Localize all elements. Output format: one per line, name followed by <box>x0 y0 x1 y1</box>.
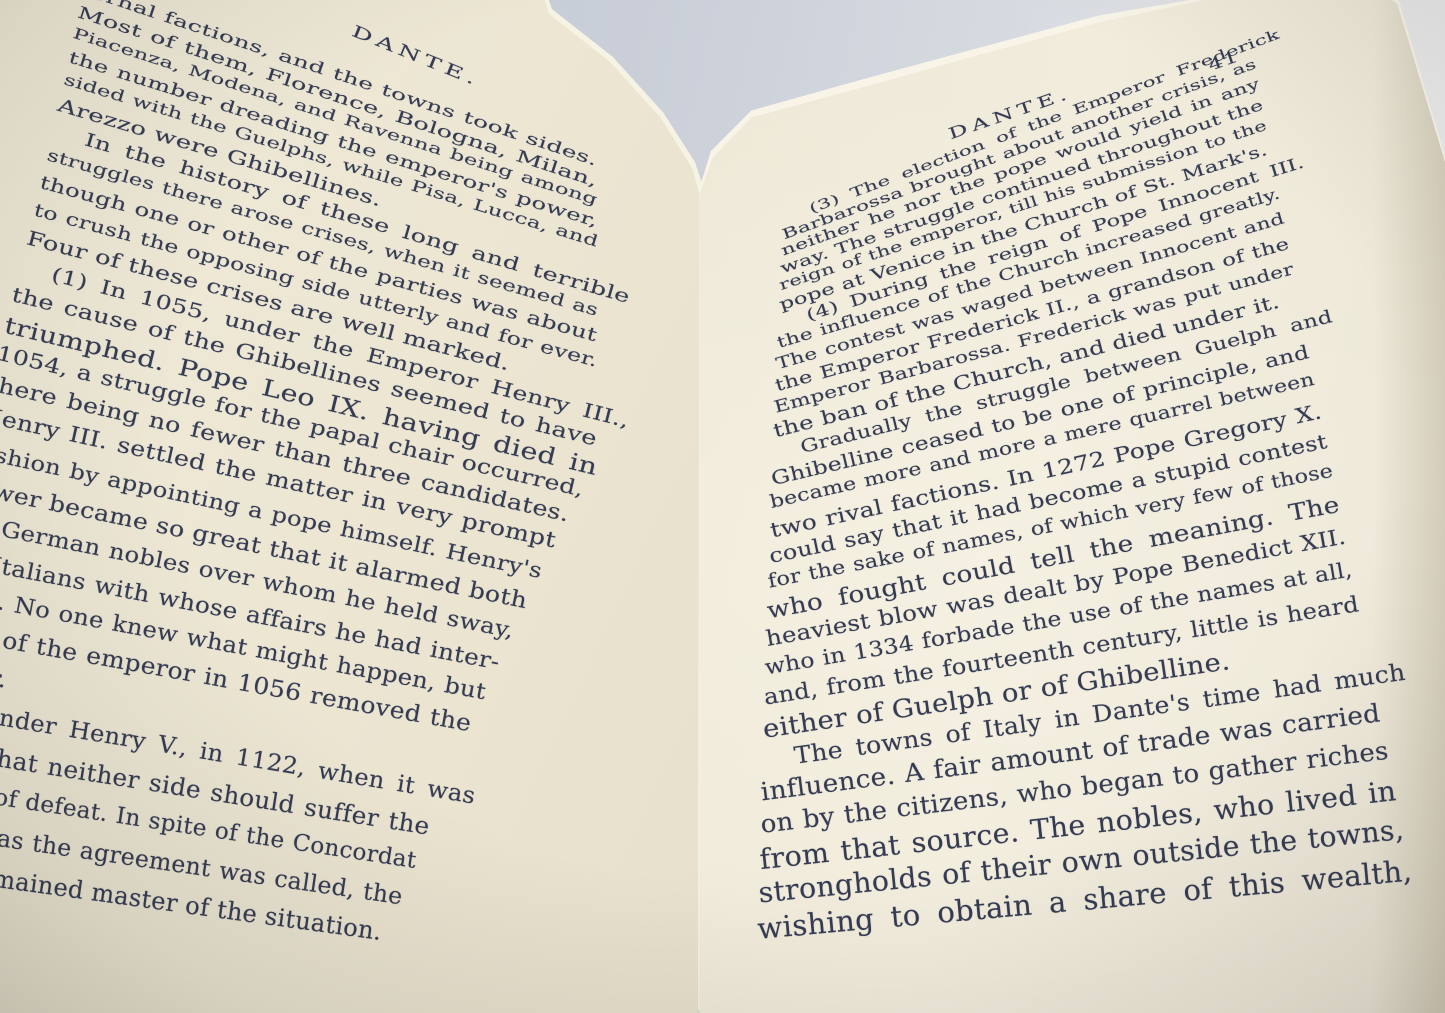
right-page-text-block: DANTE. 41 (3) The election of the Empero… <box>0 0 1445 1013</box>
book-photo: DANTE. ternal factions, and the towns to… <box>0 0 1445 1013</box>
